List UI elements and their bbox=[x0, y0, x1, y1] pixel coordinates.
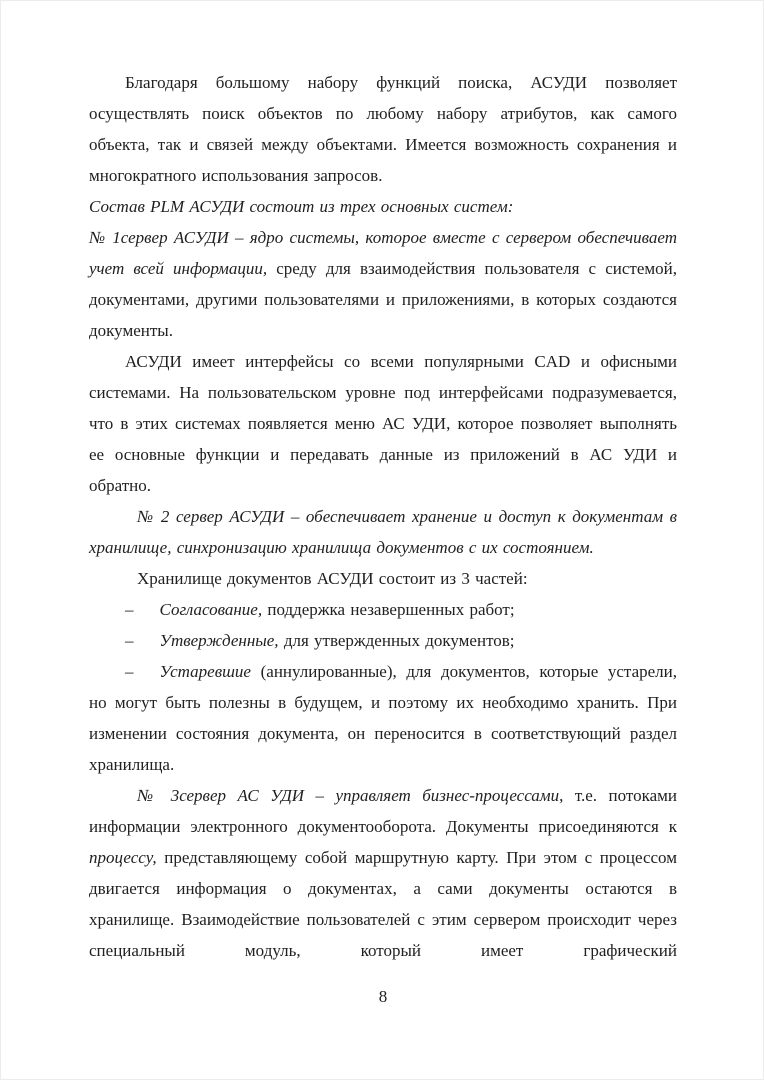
list-item-utverzhdennye: –Утвержденные, для утвержденных документ… bbox=[89, 625, 677, 656]
text-run: Благодаря большому набору функций поиска… bbox=[89, 73, 677, 185]
text-run: Состав PLM АСУДИ состоит из трех основны… bbox=[89, 197, 513, 216]
paragraph-storage-parts: Хранилище документов АСУДИ состоит из 3 … bbox=[89, 563, 677, 594]
list-dash: – bbox=[125, 631, 134, 650]
text-run: Утвержденные, bbox=[160, 631, 279, 650]
list-item-soglasovanie: –Согласование, поддержка незавершенных р… bbox=[89, 594, 677, 625]
text-run: процессу, bbox=[89, 848, 157, 867]
text-run: АСУДИ имеет интерфейсы со всеми популярн… bbox=[89, 352, 677, 495]
page-number: 8 bbox=[1, 986, 764, 1008]
text-run: № 3сервер АС УДИ – управляет бизнес-проц… bbox=[137, 786, 559, 805]
paragraph-interfaces: АСУДИ имеет интерфейсы со всеми популярн… bbox=[89, 346, 677, 501]
list-dash: – bbox=[125, 662, 134, 681]
document-page: Благодаря большому набору функций поиска… bbox=[0, 0, 764, 1080]
text-block: Благодаря большому набору функций поиска… bbox=[89, 67, 677, 966]
text-run: Устаревшие bbox=[160, 662, 251, 681]
text-run: Хранилище документов АСУДИ состоит из 3 … bbox=[137, 569, 528, 588]
text-run: № 2 сервер АСУДИ – обеспечивает хранение… bbox=[89, 507, 677, 557]
paragraph-plm-structure: Состав PLM АСУДИ состоит из трех основны… bbox=[89, 191, 677, 222]
paragraph-server3: № 3сервер АС УДИ – управляет бизнес-проц… bbox=[89, 780, 677, 966]
text-run: поддержка незавершенных работ; bbox=[262, 600, 514, 619]
list-item-ustarevshie: –Устаревшие (аннулированные), для докуме… bbox=[89, 656, 677, 780]
paragraph-search-intro: Благодаря большому набору функций поиска… bbox=[89, 67, 677, 191]
text-run: Согласование, bbox=[160, 600, 263, 619]
paragraph-server1: № 1сервер АСУДИ – ядро системы, которое … bbox=[89, 222, 677, 346]
text-run: для утвержденных документов; bbox=[279, 631, 515, 650]
paragraph-server2: № 2 сервер АСУДИ – обеспечивает хранение… bbox=[89, 501, 677, 563]
text-run: представляющему собой маршрутную карту. … bbox=[89, 848, 677, 960]
list-dash: – bbox=[125, 600, 134, 619]
